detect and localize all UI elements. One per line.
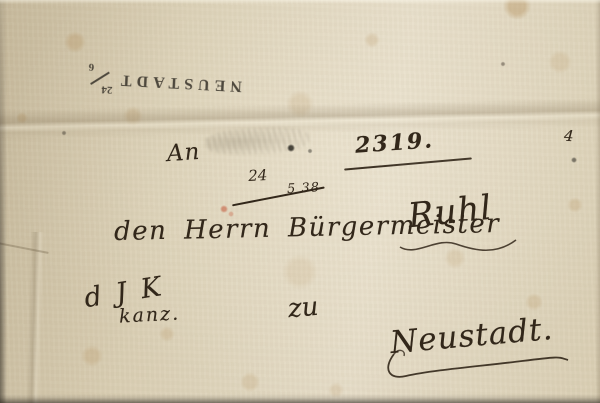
registry-number: 2319. (354, 129, 434, 156)
postmark-month: 6 (88, 61, 94, 73)
postmark-town-name: NEUSTADT (116, 70, 243, 95)
preposition-zu: zu (287, 294, 320, 323)
corner-note: 4 (563, 129, 574, 145)
neustadt-postmark-stamp: NEUSTADT 24 6 (61, 53, 243, 108)
postmark-date-fraction: 24 6 (87, 63, 115, 94)
date-docket: 24 5 38 (230, 160, 343, 218)
paper-edge-bottom (0, 394, 600, 403)
town-flourish (372, 348, 572, 388)
salutation-an: An (166, 141, 201, 166)
docket-month-year: 5 38 (287, 180, 321, 197)
paper-edge-left (0, 0, 7, 403)
letter-photo: NEUSTADT 24 6 2319. 4 An 24 5 38 den Her… (0, 0, 600, 403)
paper-edge-top (0, 0, 600, 4)
docket-day: 24 (248, 166, 268, 185)
postmark-day: 24 (101, 83, 113, 96)
addressee-name: Ruhl (406, 191, 493, 234)
name-flourish (398, 233, 518, 257)
paper-edge-right (595, 0, 600, 403)
clerk-note-kanz: kanz. (119, 304, 181, 326)
